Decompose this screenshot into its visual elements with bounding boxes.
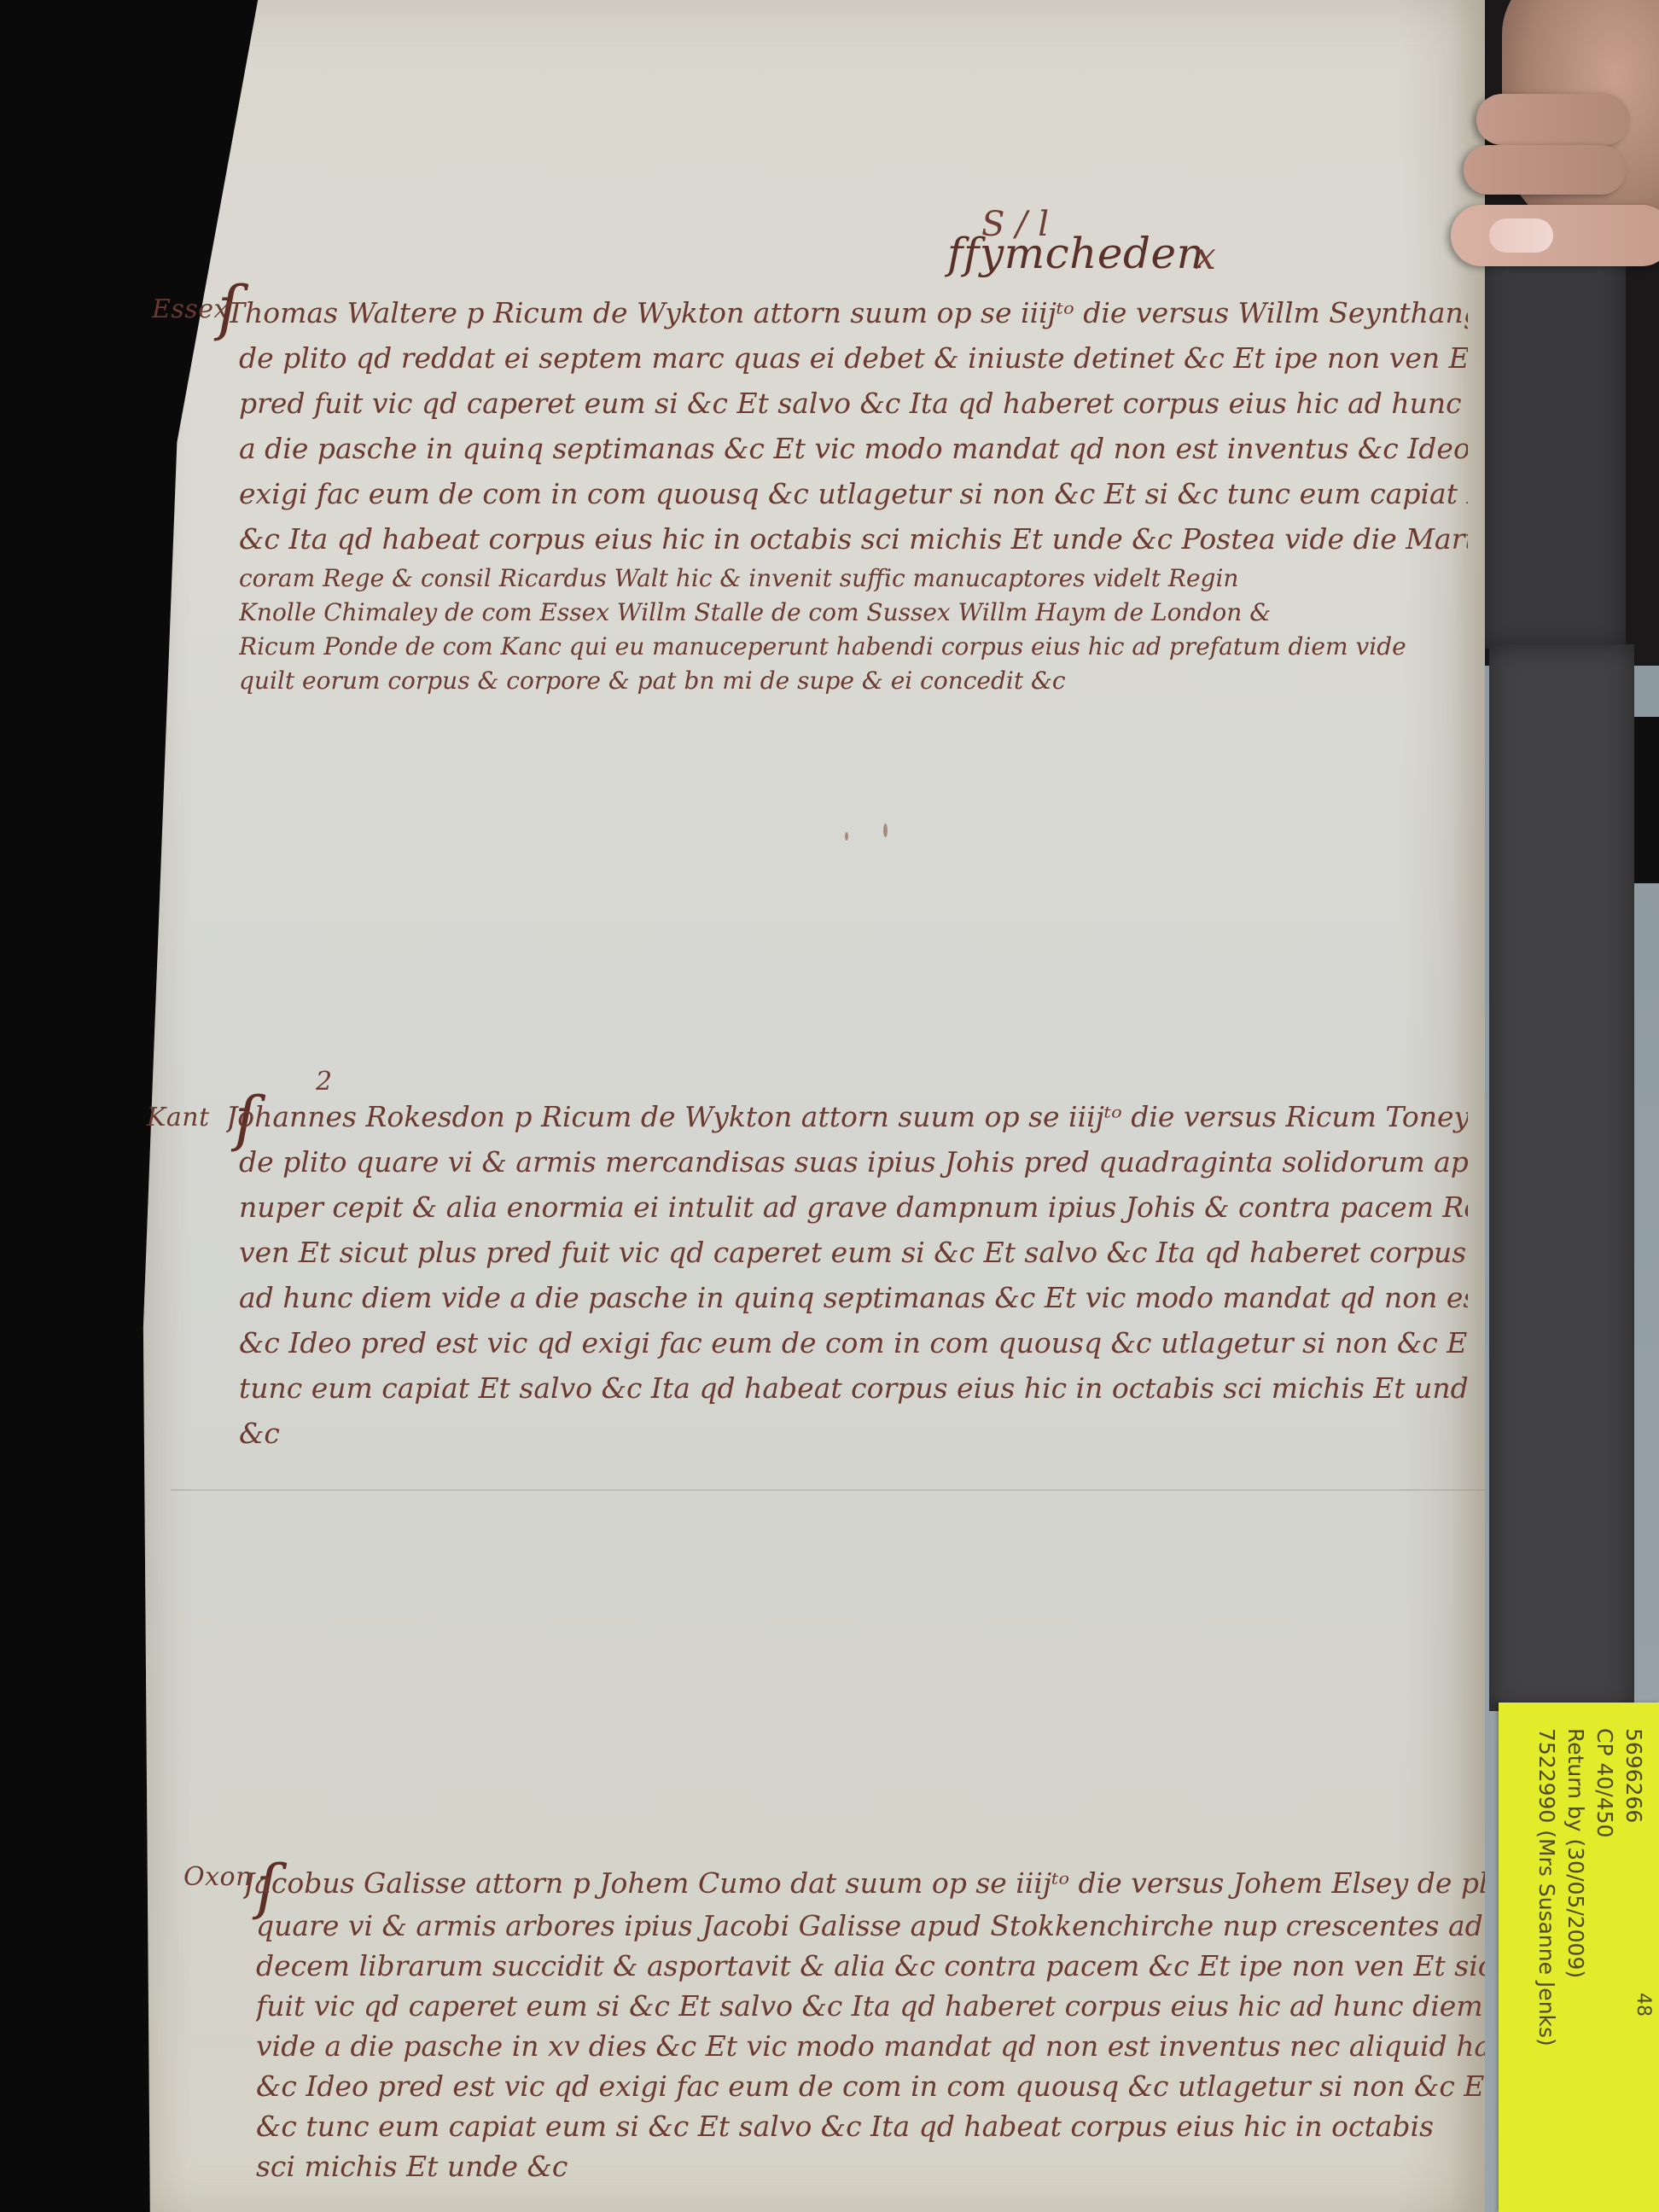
slip-reader: 7522990 (Mrs Susanne Jenks)	[1532, 1728, 1561, 2046]
heading-mark-right: x	[1195, 235, 1216, 278]
hand-holding-roll	[1468, 0, 1659, 273]
entry-line: exigi fac eum de com in com quousq &c ut…	[239, 471, 1468, 516]
entry-line: &c Ita qd habeat corpus eius hic in octa…	[239, 516, 1468, 562]
entry-line: ad hunc diem vide a die pasche in quinq …	[239, 1275, 1468, 1320]
slip-text: 5696266 CP 40/450 Return by (30/05/2009)…	[1532, 1728, 1648, 2046]
entry-line: fuit vic qd caperet eum si &c Et salvo &…	[256, 1986, 1485, 2026]
entry-line: a die pasche in quinq septimanas &c Et v…	[239, 426, 1468, 471]
county-heading: ffymcheden	[947, 229, 1204, 278]
entry-line: tunc eum capiat Et salvo &c Ita qd habea…	[239, 1365, 1468, 1411]
entry-1: Thomas Waltere p Ricum de Wykton attorn …	[239, 290, 1468, 698]
sewn-seam	[171, 1489, 1485, 1491]
entry-line: Ricum Ponde de com Kanc qui eu manuceper…	[239, 630, 1468, 664]
slip-page-number: 48	[1633, 1993, 1654, 2017]
entry-line: &c Ideo pred est vic qd exigi fac eum de…	[239, 1320, 1468, 1365]
ink-speck	[883, 824, 888, 837]
entry-line: nuper cepit & alia enormia ei intulit ad…	[239, 1185, 1468, 1230]
entry-line: ven Et sicut plus pred fuit vic qd caper…	[239, 1230, 1468, 1275]
entry-line: Thomas Waltere p Ricum de Wykton attorn …	[226, 290, 1468, 335]
entry-line: decem librarum succidit & asportavit & a…	[256, 1946, 1485, 1986]
entry-number: 2	[316, 1067, 333, 1097]
margin-county-oxon: Oxon	[183, 1862, 253, 1892]
archive-request-slip: 5696266 CP 40/450 Return by (30/05/2009)…	[1499, 1703, 1659, 2212]
entry-line: quare vi & armis arbores ipius Jacobi Ga…	[256, 1906, 1485, 1946]
ink-speck	[845, 832, 848, 841]
entry-line: quilt eorum corpus & corpore & pat bn mi…	[239, 664, 1468, 698]
entry-line: &c	[239, 1411, 1468, 1456]
entry-line: sci michis Et unde &c	[256, 2146, 1485, 2186]
entry-line: &c tunc eum capiat eum si &c Et salvo &c…	[256, 2106, 1485, 2146]
entry-line: de plito qd reddat ei septem marc quas e…	[239, 335, 1468, 381]
entry-line: Johannes Rokesdon p Ricum de Wykton atto…	[226, 1094, 1468, 1139]
entry-line: pred fuit vic qd caperet eum si &c Et sa…	[239, 381, 1468, 426]
entry-line: de plito quare vi & armis mercandisas su…	[239, 1139, 1468, 1185]
entry-line: Jacobus Galisse attorn p Johem Cumo dat …	[243, 1860, 1485, 1906]
entry-line: &c Ideo pred est vic qd exigi fac eum de…	[256, 2066, 1485, 2106]
slip-document-reference: CP 40/450	[1590, 1728, 1619, 2046]
foam-gap	[1634, 717, 1659, 883]
margin-county-kent: Kant	[147, 1103, 210, 1132]
entry-line: coram Rege & consil Ricardus Walt hic & …	[239, 562, 1468, 596]
entry-line: vide a die pasche in xv dies &c Et vic m…	[256, 2026, 1485, 2066]
entry-3: Jacobus Galisse attorn p Johem Cumo dat …	[256, 1860, 1485, 2186]
entry-2: Johannes Rokesdon p Ricum de Wykton atto…	[239, 1094, 1468, 1456]
foam-support-block-top	[1481, 247, 1626, 649]
slip-return-date: Return by (30/05/2009)	[1561, 1728, 1590, 2046]
entry-line: Knolle Chimaley de com Essex Willm Stall…	[239, 596, 1468, 630]
foam-support-block	[1489, 644, 1634, 1711]
